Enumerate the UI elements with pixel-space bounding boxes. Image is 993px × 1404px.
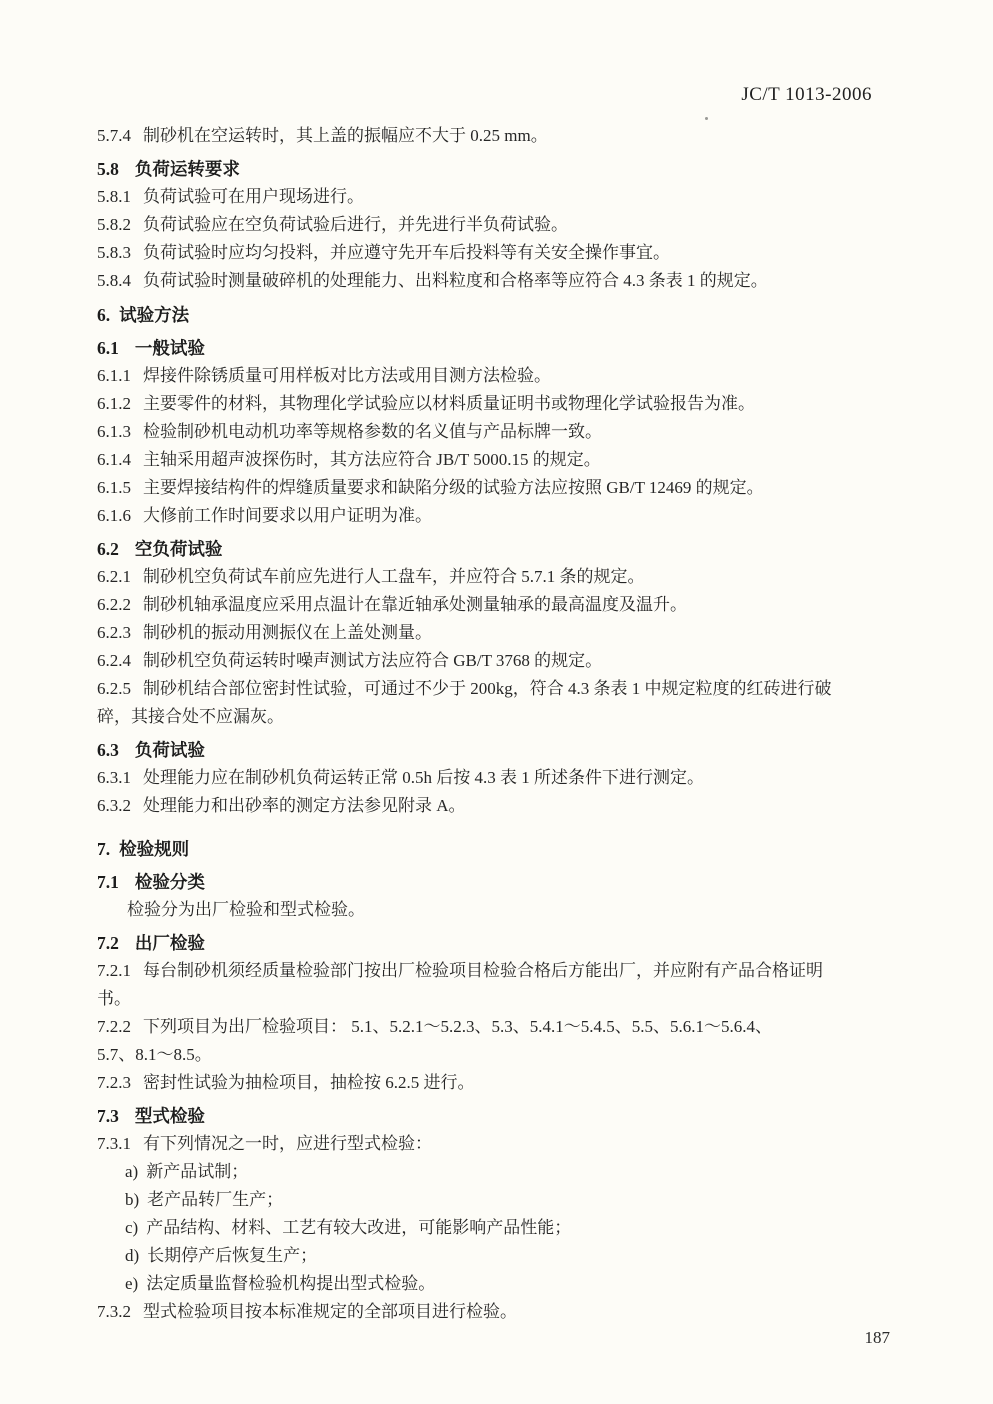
- list-text: 长期停产后恢复生产；: [147, 1246, 317, 1265]
- clause-text: 负荷试验应在空负荷试验后进行，并先进行半负荷试验。: [143, 215, 568, 234]
- list-item-d: d)长期停产后恢复生产；: [97, 1242, 933, 1270]
- clause-5-8-4: 5.8.4负荷试验时测量破碎机的处理能力、出料粒度和合格率等应符合 4.3 条表…: [97, 267, 933, 295]
- clause-text: 制砂机空负荷运转时噪声测试方法应符合 GB/T 3768 的规定。: [143, 651, 602, 670]
- clause-number: 6.1.3: [97, 418, 131, 446]
- list-item-b: b)老产品转厂生产；: [97, 1186, 933, 1214]
- heading-text: 负荷试验: [135, 740, 205, 760]
- clause-text: 负荷试验时应均匀投料，并应遵守先开车后投料等有关安全操作事宜。: [143, 243, 670, 262]
- clause-number: 6.2.2: [97, 591, 131, 619]
- clause-number: 6.1: [97, 334, 119, 362]
- clause-text: 型式检验项目按本标准规定的全部项目进行检验。: [143, 1302, 517, 1321]
- clause-text: 检验制砂机电动机功率等规格参数的名义值与产品标牌一致。: [143, 422, 602, 441]
- clause-number: 7.3: [97, 1102, 119, 1130]
- clause-text: 大修前工作时间要求以用户证明为准。: [143, 506, 432, 525]
- clause-number: 7.: [97, 835, 110, 863]
- clause-6-1-4: 6.1.4主轴采用超声波探伤时，其方法应符合 JB/T 5000.15 的规定。: [97, 446, 933, 474]
- list-marker: a): [125, 1158, 138, 1186]
- heading-text: 负荷运转要求: [135, 159, 240, 179]
- list-marker: e): [125, 1270, 138, 1298]
- clause-5-8-2: 5.8.2负荷试验应在空负荷试验后进行，并先进行半负荷试验。: [97, 211, 933, 239]
- clause-text: 检验分为出厂检验和型式检验。: [127, 900, 365, 919]
- clause-number: 6.1.6: [97, 502, 131, 530]
- clause-6-1-3: 6.1.3检验制砂机电动机功率等规格参数的名义值与产品标牌一致。: [97, 418, 933, 446]
- heading-text: 检验规则: [119, 839, 189, 859]
- heading-6-3: 6.3负荷试验: [97, 736, 933, 764]
- clause-text: 制砂机轴承温度应采用点温计在靠近轴承处测量轴承的最高温度及温升。: [143, 595, 687, 614]
- clause-7-2-3: 7.2.3密封性试验为抽检项目，抽检按 6.2.5 进行。: [97, 1069, 933, 1097]
- clause-number: 5.8.4: [97, 267, 131, 295]
- clause-6-1-5: 6.1.5主要焊接结构件的焊缝质量要求和缺陷分级的试验方法应按照 GB/T 12…: [97, 474, 933, 502]
- clause-5-8-1: 5.8.1负荷试验可在用户现场进行。: [97, 183, 933, 211]
- heading-7-2: 7.2出厂检验: [97, 929, 933, 957]
- clause-text: 制砂机结合部位密封性试验，可通过不少于 200kg，符合 4.3 条表 1 中规…: [143, 679, 832, 698]
- clause-number: 5.7.4: [97, 122, 131, 150]
- clause-text: 碎，其接合处不应漏灰。: [97, 707, 284, 726]
- para-7-1-body: 检验分为出厂检验和型式检验。: [97, 896, 933, 924]
- clause-text: 焊接件除锈质量可用样板对比方法或用目测方法检验。: [143, 366, 551, 385]
- clause-7-3-2: 7.3.2型式检验项目按本标准规定的全部项目进行检验。: [97, 1298, 933, 1326]
- heading-5-8: 5.8负荷运转要求: [97, 155, 933, 183]
- clause-text: 主要焊接结构件的焊缝质量要求和缺陷分级的试验方法应按照 GB/T 12469 的…: [143, 478, 764, 497]
- clause-6-2-5-continuation: 碎，其接合处不应漏灰。: [97, 703, 933, 731]
- clause-7-2-1: 7.2.1每台制砂机须经质量检验部门按出厂检验项目检验合格后方能出厂，并应附有产…: [97, 957, 933, 985]
- clause-number: 6.2: [97, 535, 119, 563]
- clause-6-1-6: 6.1.6大修前工作时间要求以用户证明为准。: [97, 502, 933, 530]
- clause-text: 负荷试验时测量破碎机的处理能力、出料粒度和合格率等应符合 4.3 条表 1 的规…: [143, 271, 768, 290]
- clause-number: 5.8.3: [97, 239, 131, 267]
- clause-number: 6.1.5: [97, 474, 131, 502]
- clause-number: 5.8.1: [97, 183, 131, 211]
- list-text: 产品结构、材料、工艺有较大改进，可能影响产品性能；: [146, 1218, 571, 1237]
- heading-text: 型式检验: [135, 1106, 205, 1126]
- clause-text: 密封性试验为抽检项目，抽检按 6.2.5 进行。: [143, 1073, 475, 1092]
- clause-text: 处理能力应在制砂机负荷运转正常 0.5h 后按 4.3 表 1 所述条件下进行测…: [143, 768, 704, 787]
- clause-number: 6.1.1: [97, 362, 131, 390]
- heading-6-2: 6.2空负荷试验: [97, 535, 933, 563]
- clause-text: 主轴采用超声波探伤时，其方法应符合 JB/T 5000.15 的规定。: [143, 450, 601, 469]
- clause-number: 6.: [97, 301, 110, 329]
- clause-number: 5.8.2: [97, 211, 131, 239]
- clause-text: 5.7、8.1～8.5。: [97, 1045, 212, 1064]
- clause-number: 7.2.3: [97, 1069, 131, 1097]
- page-content: 5.7.4制砂机在空运转时，其上盖的振幅应不大于 0.25 mm。 5.8负荷运…: [97, 122, 933, 1326]
- clause-number: 6.2.1: [97, 563, 131, 591]
- clause-7-2-2: 7.2.2下列项目为出厂检验项目： 5.1、5.2.1～5.2.3、5.3、5.…: [97, 1013, 933, 1041]
- section-6-heading: 6.试验方法: [97, 301, 933, 329]
- clause-6-2-2: 6.2.2制砂机轴承温度应采用点温计在靠近轴承处测量轴承的最高温度及温升。: [97, 591, 933, 619]
- clause-text: 制砂机在空运转时，其上盖的振幅应不大于 0.25 mm。: [143, 126, 548, 145]
- clause-number: 6.1.4: [97, 446, 131, 474]
- clause-number: 7.1: [97, 868, 119, 896]
- heading-6-1: 6.1一般试验: [97, 334, 933, 362]
- clause-number: 7.2.1: [97, 957, 131, 985]
- clause-text: 主要零件的材料，其物理化学试验应以材料质量证明书或物理化学试验报告为准。: [143, 394, 755, 413]
- clause-text: 制砂机空负荷试车前应先进行人工盘车，并应符合 5.7.1 条的规定。: [143, 567, 645, 586]
- heading-text: 空负荷试验: [135, 539, 223, 559]
- list-text: 新产品试制；: [146, 1162, 248, 1181]
- clause-text: 每台制砂机须经质量检验部门按出厂检验项目检验合格后方能出厂，并应附有产品合格证明: [143, 961, 823, 980]
- heading-text: 出厂检验: [135, 933, 205, 953]
- heading-text: 一般试验: [135, 338, 205, 358]
- list-text: 法定质量监督检验机构提出型式检验。: [146, 1274, 435, 1293]
- clause-7-3-1: 7.3.1有下列情况之一时，应进行型式检验：: [97, 1130, 933, 1158]
- clause-7-2-2-continuation: 5.7、8.1～8.5。: [97, 1041, 933, 1069]
- list-marker: c): [125, 1214, 138, 1242]
- heading-7-1: 7.1检验分类: [97, 868, 933, 896]
- clause-text: 下列项目为出厂检验项目： 5.1、5.2.1～5.2.3、5.3、5.4.1～5…: [143, 1017, 772, 1036]
- clause-number: 6.3.2: [97, 792, 131, 820]
- doc-code: JC/T 1013-2006: [741, 84, 872, 106]
- clause-6-1-1: 6.1.1焊接件除锈质量可用样板对比方法或用目测方法检验。: [97, 362, 933, 390]
- clause-number: 6.3.1: [97, 764, 131, 792]
- heading-7-3: 7.3型式检验: [97, 1102, 933, 1130]
- clause-text: 处理能力和出砂率的测定方法参见附录 A。: [143, 796, 466, 815]
- scan-speck: [705, 117, 708, 120]
- clause-6-3-1: 6.3.1处理能力应在制砂机负荷运转正常 0.5h 后按 4.3 表 1 所述条…: [97, 764, 933, 792]
- clause-text: 负荷试验可在用户现场进行。: [143, 187, 364, 206]
- clause-number: 7.2.2: [97, 1013, 131, 1041]
- page-number: 187: [865, 1328, 891, 1348]
- clause-7-2-1-continuation: 书。: [97, 985, 933, 1013]
- list-item-a: a)新产品试制；: [97, 1158, 933, 1186]
- list-item-e: e)法定质量监督检验机构提出型式检验。: [97, 1270, 933, 1298]
- clause-6-2-5: 6.2.5制砂机结合部位密封性试验，可通过不少于 200kg，符合 4.3 条表…: [97, 675, 933, 703]
- clause-number: 7.2: [97, 929, 119, 957]
- heading-text: 试验方法: [119, 305, 189, 325]
- clause-number: 6.2.5: [97, 675, 131, 703]
- clause-6-1-2: 6.1.2主要零件的材料，其物理化学试验应以材料质量证明书或物理化学试验报告为准…: [97, 390, 933, 418]
- clause-number: 6.2.4: [97, 647, 131, 675]
- heading-text: 检验分类: [135, 872, 205, 892]
- list-marker: d): [125, 1242, 139, 1270]
- clause-6-2-3: 6.2.3制砂机的振动用测振仪在上盖处测量。: [97, 619, 933, 647]
- clause-6-3-2: 6.3.2处理能力和出砂率的测定方法参见附录 A。: [97, 792, 933, 820]
- clause-number: 7.3.1: [97, 1130, 131, 1158]
- clause-number: 6.3: [97, 736, 119, 764]
- clause-text: 有下列情况之一时，应进行型式检验：: [143, 1134, 432, 1153]
- clause-5-7-4: 5.7.4制砂机在空运转时，其上盖的振幅应不大于 0.25 mm。: [97, 122, 933, 150]
- list-text: 老产品转厂生产；: [147, 1190, 283, 1209]
- clause-text: 书。: [97, 989, 131, 1008]
- clause-number: 6.1.2: [97, 390, 131, 418]
- clause-number: 7.3.2: [97, 1298, 131, 1326]
- clause-text: 制砂机的振动用测振仪在上盖处测量。: [143, 623, 432, 642]
- list-marker: b): [125, 1186, 139, 1214]
- clause-5-8-3: 5.8.3负荷试验时应均匀投料，并应遵守先开车后投料等有关安全操作事宜。: [97, 239, 933, 267]
- clause-number: 6.2.3: [97, 619, 131, 647]
- clause-6-2-4: 6.2.4制砂机空负荷运转时噪声测试方法应符合 GB/T 3768 的规定。: [97, 647, 933, 675]
- clause-number: 5.8: [97, 155, 119, 183]
- document-page: JC/T 1013-2006 5.7.4制砂机在空运转时，其上盖的振幅应不大于 …: [0, 0, 993, 1404]
- section-7-heading: 7.检验规则: [97, 835, 933, 863]
- clause-6-2-1: 6.2.1制砂机空负荷试车前应先进行人工盘车，并应符合 5.7.1 条的规定。: [97, 563, 933, 591]
- list-item-c: c)产品结构、材料、工艺有较大改进，可能影响产品性能；: [97, 1214, 933, 1242]
